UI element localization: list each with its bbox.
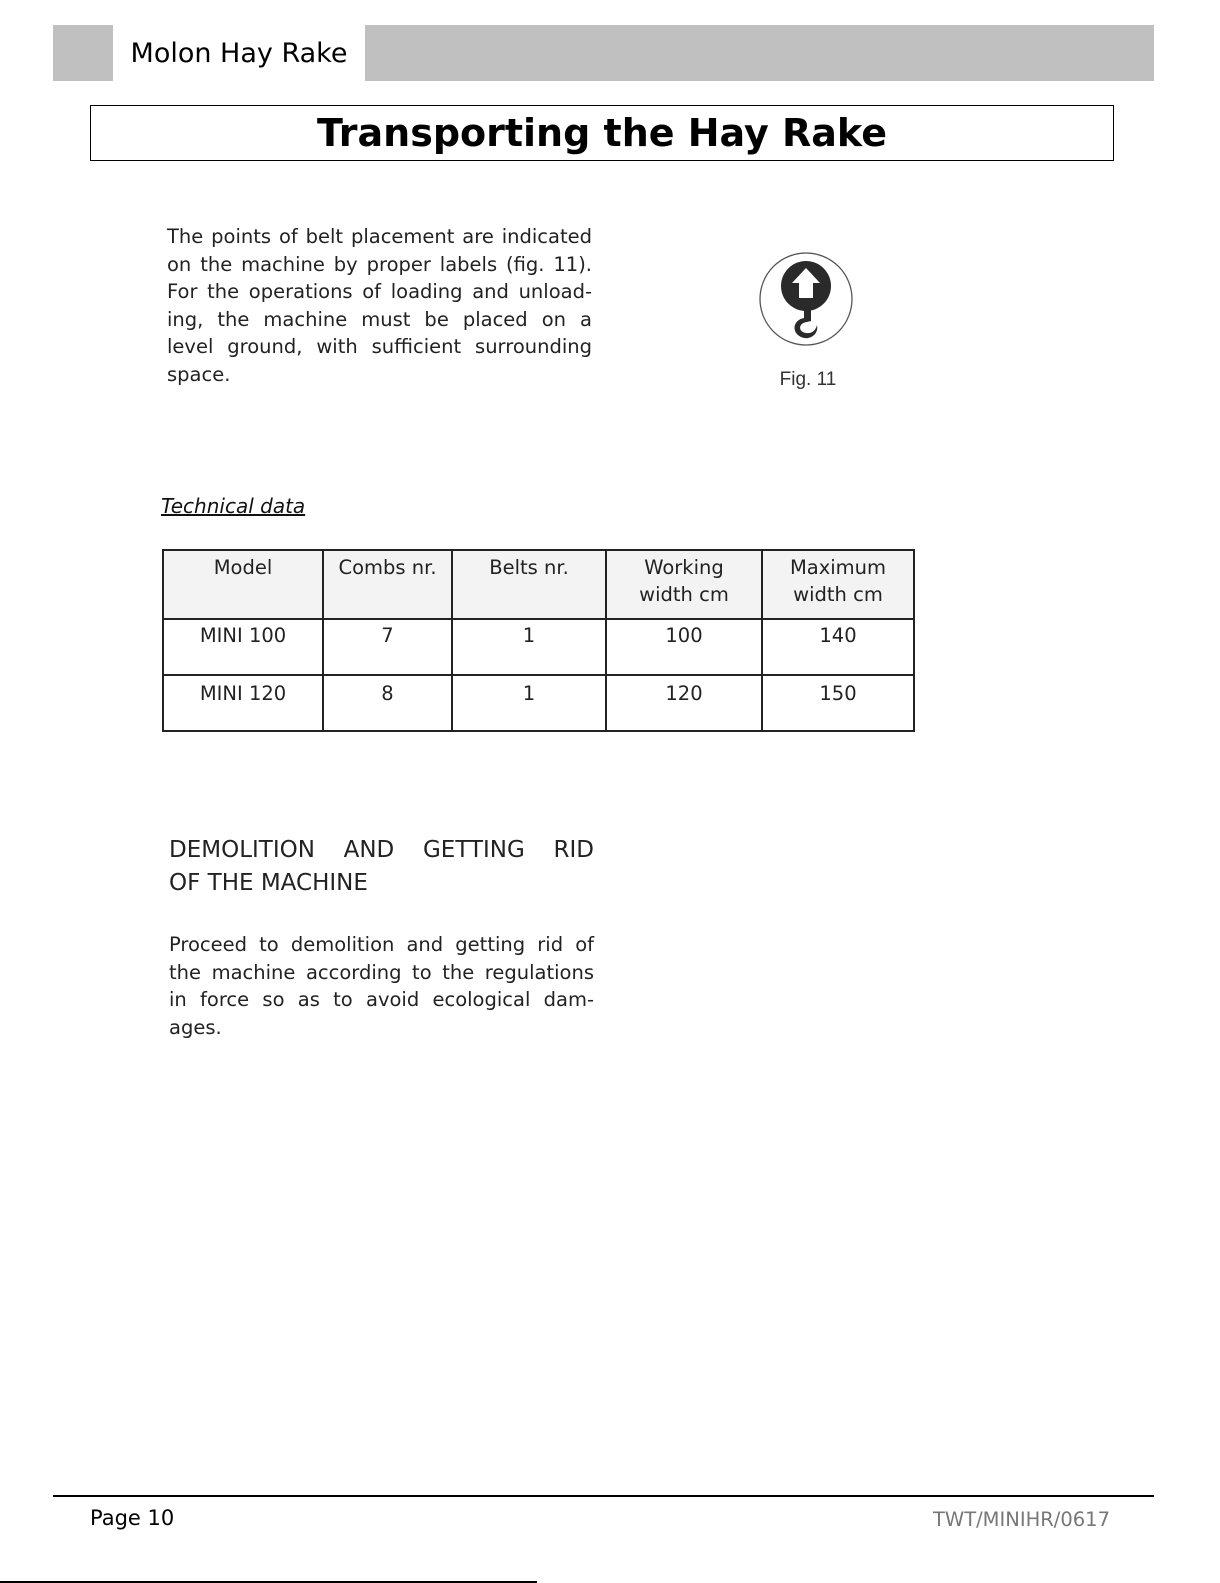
text-line: The points of belt placement are indicat… xyxy=(167,223,592,251)
page-title: Transporting the Hay Rake xyxy=(90,105,1114,161)
column-header: Combs nr. xyxy=(323,550,452,619)
technical-data-label: Technical data xyxy=(161,494,305,518)
table-row: MINI 120 8 1 120 150 xyxy=(163,675,914,731)
running-title: Molon Hay Rake xyxy=(113,25,365,81)
document-code: TWT/MINIHR/0617 xyxy=(933,1508,1110,1531)
text-line: For the operations of loading and unload… xyxy=(167,278,592,306)
footer-divider xyxy=(53,1495,1154,1497)
text-line: ages. xyxy=(169,1014,594,1042)
cell-combs: 7 xyxy=(323,619,452,675)
heading-line: DEMOLITION AND GETTING RID xyxy=(169,834,594,867)
cell-belts: 1 xyxy=(452,619,606,675)
page-number: Page 10 xyxy=(90,1506,174,1530)
cell-maximum-width: 150 xyxy=(762,675,914,731)
figure-11 xyxy=(757,250,855,348)
column-header: Workingwidth cm xyxy=(606,550,762,619)
cell-working-width: 100 xyxy=(606,619,762,675)
lifting-hook-icon xyxy=(757,250,855,348)
text-line: ing, the machine must be placed on a xyxy=(167,306,592,334)
cell-combs: 8 xyxy=(323,675,452,731)
text-line: the machine according to the regulations xyxy=(169,959,594,987)
column-header: Maximumwidth cm xyxy=(762,550,914,619)
figure-caption: Fig. 11 xyxy=(763,369,853,391)
table-row: MINI 100 7 1 100 140 xyxy=(163,619,914,675)
cell-working-width: 120 xyxy=(606,675,762,731)
text-line: in force so as to avoid ecological dam- xyxy=(169,986,594,1014)
cell-model: MINI 120 xyxy=(163,675,323,731)
text-line: on the machine by proper labels (fig. 11… xyxy=(167,251,592,279)
table-header-row: Model Combs nr. Belts nr. Workingwidth c… xyxy=(163,550,914,619)
column-header: Belts nr. xyxy=(452,550,606,619)
cell-belts: 1 xyxy=(452,675,606,731)
column-header: Model xyxy=(163,550,323,619)
cell-maximum-width: 140 xyxy=(762,619,914,675)
technical-data-table: Model Combs nr. Belts nr. Workingwidth c… xyxy=(162,549,915,732)
demolition-heading: DEMOLITION AND GETTING RID OF THE MACHIN… xyxy=(169,834,594,900)
text-line: Proceed to demolition and getting rid of xyxy=(169,931,594,959)
demolition-paragraph: Proceed to demolition and getting rid of… xyxy=(169,931,594,1041)
cell-model: MINI 100 xyxy=(163,619,323,675)
text-line: level ground, with sufficient surroundin… xyxy=(167,333,592,361)
text-line: space. xyxy=(167,361,592,389)
transport-paragraph: The points of belt placement are indicat… xyxy=(167,223,592,388)
heading-line: OF THE MACHINE xyxy=(169,867,594,900)
